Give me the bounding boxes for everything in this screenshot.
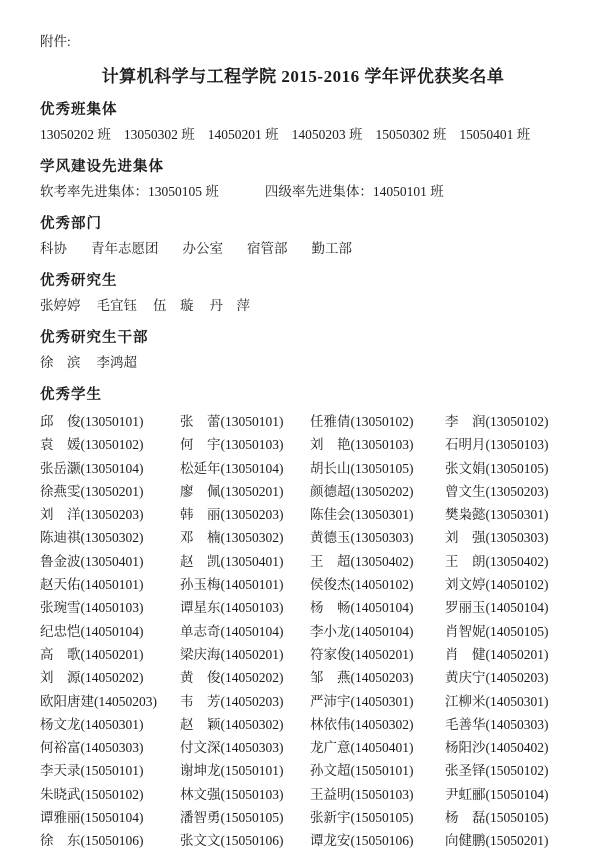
student-entry: 石明月(13050103) (445, 433, 566, 456)
student-entry: 赵 颖(14050302) (180, 713, 306, 736)
grad-cadre-item: 徐 滨 (40, 353, 81, 372)
excellent-classes-list: 13050202 班13050302 班14050201 班14050203 班… (40, 125, 566, 144)
student-entry: 孙玉梅(14050101) (180, 573, 306, 596)
student-entry: 孙文超(15050101) (310, 759, 441, 782)
grad-student-item: 伍 璇 (153, 296, 194, 315)
student-entry: 李 润(13050102) (445, 410, 566, 433)
student-entry: 邓 楠(13050302) (180, 526, 306, 549)
section-excellent-classes: 优秀班集体 13050202 班13050302 班14050201 班1405… (40, 98, 566, 144)
student-entry: 杨 磊(15050105) (445, 806, 566, 829)
student-entry: 赵 凯(13050401) (180, 550, 306, 573)
student-entry: 王益明(15050103) (310, 783, 441, 806)
study-style-item: 四级率先进集体：14050101 班 (265, 182, 444, 201)
student-entry: 韩 丽(13050203) (180, 503, 306, 526)
student-entry: 罗丽玉(14050104) (445, 596, 566, 619)
study-style-list: 软考率先进集体：13050105 班四级率先进集体：14050101 班 (40, 182, 566, 201)
student-entry: 刘 洋(13050203) (40, 503, 176, 526)
section-heading-grad-cadres: 优秀研究生干部 (40, 326, 566, 347)
page-title: 计算机科学与工程学院 2015-2016 学年评优获奖名单 (40, 62, 566, 87)
student-entry: 谭雅丽(15050104) (40, 806, 176, 829)
section-study-style-groups: 学风建设先进集体 软考率先进集体：13050105 班四级率先进集体：14050… (40, 155, 566, 201)
section-excellent-departments: 优秀部门 科协青年志愿团办公室宿管部勤工部 (40, 212, 566, 258)
student-entry: 徐燕雯(13050201) (40, 480, 176, 503)
student-entry: 杨文龙(14050301) (40, 713, 176, 736)
student-entry: 黄 俊(14050202) (180, 666, 306, 689)
student-entry: 谭星东(14050103) (180, 596, 306, 619)
student-entry: 龙广意(14050401) (310, 736, 441, 759)
departments-list: 科协青年志愿团办公室宿管部勤工部 (40, 239, 566, 258)
student-entry: 张 蕾(13050101) (180, 410, 306, 433)
student-entry: 杨 畅(14050104) (310, 596, 441, 619)
section-heading-study-style: 学风建设先进集体 (40, 155, 566, 176)
excellent-students-grid: 邱 俊(13050101)张 蕾(13050101)任雅倩(13050102)李… (40, 410, 566, 848)
student-entry: 张琬雪(14050103) (40, 596, 176, 619)
student-entry: 符家俊(14050201) (310, 643, 441, 666)
student-entry: 徐 东(15050106) (40, 829, 176, 848)
student-entry: 李小龙(14050104) (310, 620, 441, 643)
grad-student-item: 毛宜钰 (97, 296, 138, 315)
student-entry: 曾文生(13050203) (445, 480, 566, 503)
student-entry: 韦 芳(14050203) (180, 690, 306, 713)
student-entry: 王 超(13050402) (310, 550, 441, 573)
student-entry: 张文娟(13050105) (445, 457, 566, 480)
department-item: 青年志愿团 (91, 239, 159, 258)
study-style-item: 软考率先进集体：13050105 班 (40, 182, 219, 201)
class-item: 14050201 班 (208, 125, 279, 144)
grad-cadre-item: 李鸿超 (97, 353, 138, 372)
student-entry: 侯俊杰(14050102) (310, 573, 441, 596)
student-entry: 朱晓武(15050102) (40, 783, 176, 806)
class-item: 13050302 班 (124, 125, 195, 144)
student-entry: 赵天佑(14050101) (40, 573, 176, 596)
class-item: 14050203 班 (292, 125, 363, 144)
student-entry: 黄德玉(13050303) (310, 526, 441, 549)
class-item: 13050202 班 (40, 125, 111, 144)
section-heading-departments: 优秀部门 (40, 212, 566, 233)
student-entry: 欧阳唐建(14050203) (40, 690, 176, 713)
student-entry: 廖 佩(13050201) (180, 480, 306, 503)
student-entry: 单志奇(14050104) (180, 620, 306, 643)
class-item: 15050302 班 (376, 125, 447, 144)
student-entry: 严沛宇(14050301) (310, 690, 441, 713)
section-heading-grad-students: 优秀研究生 (40, 269, 566, 290)
student-entry: 林文强(15050103) (180, 783, 306, 806)
student-entry: 何裕富(14050303) (40, 736, 176, 759)
student-entry: 梁庆海(14050201) (180, 643, 306, 666)
student-entry: 黄庆宁(14050203) (445, 666, 566, 689)
attachment-label: 附件: (40, 30, 566, 50)
grad-student-item: 张婷婷 (40, 296, 81, 315)
student-entry: 谢坤龙(15050101) (180, 759, 306, 782)
student-entry: 谭龙安(15050106) (310, 829, 441, 848)
student-entry: 刘文婷(14050102) (445, 573, 566, 596)
student-entry: 刘 艳(13050103) (310, 433, 441, 456)
student-entry: 尹虹郦(15050104) (445, 783, 566, 806)
student-entry: 高 歌(14050201) (40, 643, 176, 666)
student-entry: 毛善华(14050303) (445, 713, 566, 736)
document-page: 附件: 计算机科学与工程学院 2015-2016 学年评优获奖名单 优秀班集体 … (0, 0, 600, 848)
student-entry: 杨阳沙(14050402) (445, 736, 566, 759)
student-entry: 松延年(13050104) (180, 457, 306, 480)
section-excellent-students: 优秀学生 邱 俊(13050101)张 蕾(13050101)任雅倩(13050… (40, 383, 566, 848)
student-entry: 向健鹏(15050201) (445, 829, 566, 848)
student-entry: 潘智勇(15050105) (180, 806, 306, 829)
student-entry: 何 宇(13050103) (180, 433, 306, 456)
student-entry: 李天录(15050101) (40, 759, 176, 782)
student-entry: 邹 燕(14050203) (310, 666, 441, 689)
student-entry: 鲁金波(13050401) (40, 550, 176, 573)
section-excellent-grad-cadres: 优秀研究生干部 徐 滨李鸿超 (40, 326, 566, 372)
student-entry: 张岳灏(13050104) (40, 457, 176, 480)
student-entry: 刘 强(13050303) (445, 526, 566, 549)
department-item: 科协 (40, 239, 67, 258)
department-item: 办公室 (183, 239, 224, 258)
student-entry: 张新宇(15050105) (310, 806, 441, 829)
student-entry: 江柳米(14050301) (445, 690, 566, 713)
grad-student-item: 丹 萍 (210, 296, 251, 315)
student-entry: 张文文(15050106) (180, 829, 306, 848)
grad-students-list: 张婷婷毛宜钰伍 璇丹 萍 (40, 296, 566, 315)
section-heading-excellent-classes: 优秀班集体 (40, 98, 566, 119)
student-entry: 肖 健(14050201) (445, 643, 566, 666)
student-entry: 胡长山(13050105) (310, 457, 441, 480)
student-entry: 刘 源(14050202) (40, 666, 176, 689)
class-item: 15050401 班 (459, 125, 530, 144)
student-entry: 肖智妮(14050105) (445, 620, 566, 643)
student-entry: 袁 媛(13050102) (40, 433, 176, 456)
student-entry: 王 朗(13050402) (445, 550, 566, 573)
student-entry: 邱 俊(13050101) (40, 410, 176, 433)
student-entry: 樊枭懿(13050301) (445, 503, 566, 526)
department-item: 勤工部 (312, 239, 353, 258)
student-entry: 付文深(14050303) (180, 736, 306, 759)
department-item: 宿管部 (247, 239, 288, 258)
student-entry: 任雅倩(13050102) (310, 410, 441, 433)
student-entry: 林依伟(14050302) (310, 713, 441, 736)
student-entry: 张圣铎(15050102) (445, 759, 566, 782)
student-entry: 颜德超(13050202) (310, 480, 441, 503)
student-entry: 纪忠恺(14050104) (40, 620, 176, 643)
grad-cadres-list: 徐 滨李鸿超 (40, 353, 566, 372)
section-heading-excellent-students: 优秀学生 (40, 383, 566, 404)
section-excellent-grad-students: 优秀研究生 张婷婷毛宜钰伍 璇丹 萍 (40, 269, 566, 315)
student-entry: 陈佳会(13050301) (310, 503, 441, 526)
student-entry: 陈迪祺(13050302) (40, 526, 176, 549)
